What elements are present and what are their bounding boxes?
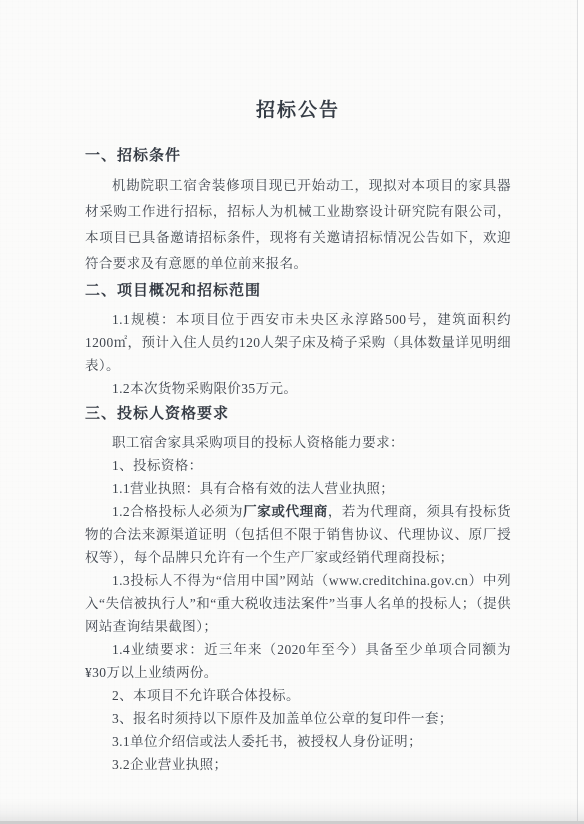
paragraph: 1.3投标人不得为“信用中国”网站（www.creditchina.gov.cn… [85,569,511,638]
text-run: 3、报名时须持以下原件及加盖单位公章的复印件一套； [112,711,453,726]
text-run: 1.4业绩要求：近三年来（2020年至今）具备至少单项合同额为¥30万以上业绩两… [85,642,511,680]
paragraph: 1.2本次货物采购限价35万元。 [85,377,511,400]
paragraph: 1.1规模：本项目位于西安市未央区永淳路500号，建筑面积约1200㎡，预计入住… [85,308,511,377]
paragraph: 职工宿舍家具采购项目的投标人资格能力要求： [85,431,511,454]
section-heading: 二、项目概况和招标范围 [85,281,511,302]
paragraph: 机勘院职工宿舍装修项目现已开始动工，现拟对本项目的家具器材采购工作进行招标，招标… [85,173,511,277]
text-run: 1、投标资格： [112,458,203,473]
section-heading: 三、投标人资格要求 [85,404,511,425]
document-content: 招标公告 一、招标条件机勘院职工宿舍装修项目现已开始动工，现拟对本项目的家具器材… [85,98,511,776]
document-title: 招标公告 [85,98,511,124]
scan-right-edge [577,0,578,824]
paragraph: 1.4业绩要求：近三年来（2020年至今）具备至少单项合同额为¥30万以上业绩两… [85,638,511,684]
text-run: 3.1单位介绍信或法人委托书，被授权人身份证明； [112,734,422,749]
section-heading: 一、招标条件 [85,146,511,167]
document-sections: 一、招标条件机勘院职工宿舍装修项目现已开始动工，现拟对本项目的家具器材采购工作进… [85,146,511,776]
text-run: 职工宿舍家具采购项目的投标人资格能力要求： [112,435,404,450]
paragraph: 2、本项目不允许联合体投标。 [85,684,511,707]
paragraph: 3、报名时须持以下原件及加盖单位公章的复印件一套； [85,707,511,730]
scan-right-strip [578,0,584,824]
bold-text-run: 厂家或代理商 [243,504,328,519]
document-page: 招标公告 一、招标条件机勘院职工宿舍装修项目现已开始动工，现拟对本项目的家具器材… [0,0,584,824]
text-run: 机勘院职工宿舍装修项目现已开始动工，现拟对本项目的家具器材采购工作进行招标，招标… [85,178,511,271]
text-run: 1.1规模：本项目位于西安市未央区永淳路500号，建筑面积约1200㎡，预计入住… [85,312,511,373]
text-run: 1.1营业执照：具有合格有效的法人营业执照； [112,481,394,496]
paragraph: 1、投标资格： [85,454,511,477]
paragraph: 3.1单位介绍信或法人委托书，被授权人身份证明； [85,730,511,753]
paragraph: 1.2合格投标人必须为厂家或代理商，若为代理商，须具有投标货物的合法来源渠道证明… [85,500,511,569]
text-run: 1.3投标人不得为“信用中国”网站（www.creditchina.gov.cn… [85,573,511,634]
scan-bottom-shade [0,799,584,821]
text-run: 2、本项目不允许联合体投标。 [112,688,300,703]
text-run: 1.2本次货物采购限价35万元。 [112,381,297,396]
text-run: 1.2合格投标人必须为 [112,504,243,519]
paragraph: 3.2企业营业执照； [85,753,511,776]
paragraph: 1.1营业执照：具有合格有效的法人营业执照； [85,477,511,500]
text-run: 3.2企业营业执照； [112,757,227,772]
